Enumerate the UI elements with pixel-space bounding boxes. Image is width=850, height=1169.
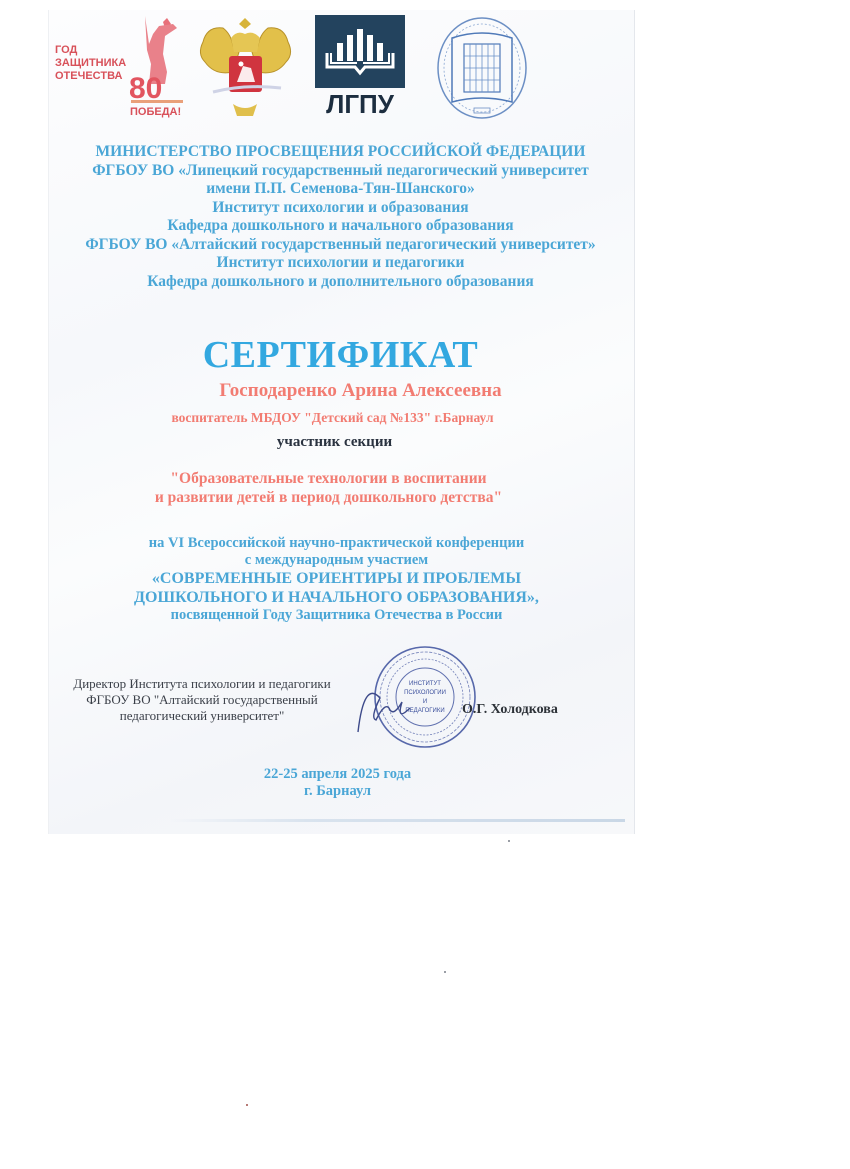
certificate-title: СЕРТИФИКАТ — [48, 333, 633, 377]
lgpu-institute-line: Институт психологии и образования — [48, 199, 633, 218]
svg-text:ПЕДАГОГИКИ: ПЕДАГОГИКИ — [405, 708, 444, 714]
official-stamp-icon: ИНСТИТУТ ПСИХОЛОГИИ И ПЕДАГОГИКИ — [350, 640, 480, 755]
lgpu-line: ФГБОУ ВО «Липецкий государственный педаг… — [48, 162, 633, 181]
altgpu-institute-line: Институт психологии и педагогики — [48, 254, 633, 273]
event-city: г. Барнаул — [45, 783, 630, 800]
lgpu-book-columns-icon — [315, 15, 405, 88]
svg-text:И: И — [423, 699, 427, 705]
signer-name: О.Г. Холодкова — [462, 702, 558, 718]
altgpu-seal — [428, 12, 536, 120]
double-headed-eagle-emblem-icon — [193, 12, 298, 120]
svg-text:ПСИХОЛОГИИ: ПСИХОЛОГИИ — [404, 690, 446, 696]
year-logo-text: ГОД ЗАЩИТНИКА ОТЕЧЕСТВА — [55, 44, 126, 83]
lgpu-logo: ЛГПУ — [315, 15, 405, 115]
ministry-line: МИНИСТЕРСТВО ПРОСВЕЩЕНИЯ РОССИЙСКОЙ ФЕДЕ… — [48, 143, 633, 162]
svg-text:ИНСТИТУТ: ИНСТИТУТ — [409, 681, 441, 687]
conference-info: на VI Всероссийской научно-практической … — [44, 535, 629, 624]
scan-speck — [444, 971, 446, 973]
sheet-edge-shadow — [170, 819, 625, 822]
svg-text:ПОБЕДА!: ПОБЕДА! — [130, 106, 181, 118]
motherland-statue-80-victory-icon: 80 ПОБЕДА! — [127, 14, 187, 119]
event-dates-location: 22-25 апреля 2025 года г. Барнаул — [45, 766, 630, 800]
director-title: Директор Института психологии и педагоги… — [62, 676, 342, 724]
event-dates: 22-25 апреля 2025 года — [45, 766, 630, 783]
conference-title: «СОВРЕМЕННЫЕ ОРИЕНТИРЫ И ПРОБЛЕМЫ — [44, 569, 629, 588]
altgpu-department-line: Кафедра дошкольного и дополнительного об… — [48, 273, 633, 292]
scan-speck — [508, 840, 510, 842]
scan-speck — [246, 1104, 248, 1106]
lgpu-name-line: имени П.П. Семенова-Тян-Шанского» — [48, 180, 633, 199]
recipient-role: воспитатель МБДОУ "Детский сад №133" г.Б… — [40, 410, 625, 426]
section-topic: "Образовательные технологии в воспитании… — [36, 469, 621, 507]
participation-label: участник секции — [42, 434, 627, 451]
issuing-organizations: МИНИСТЕРСТВО ПРОСВЕЩЕНИЯ РОССИЙСКОЙ ФЕДЕ… — [48, 143, 633, 291]
altgpu-building-seal-icon — [428, 12, 536, 120]
altgpu-line: ФГБОУ ВО «Алтайский государственный педа… — [48, 236, 633, 255]
year-of-defender-logo: ГОД ЗАЩИТНИКА ОТЕЧЕСТВА 80 ПОБЕДА! — [55, 14, 185, 119]
ministry-emblem — [193, 12, 298, 120]
lgpu-department-line: Кафедра дошкольного и начального образов… — [48, 217, 633, 236]
recipient-name: Господаренко Арина Алексеевна — [68, 380, 653, 402]
